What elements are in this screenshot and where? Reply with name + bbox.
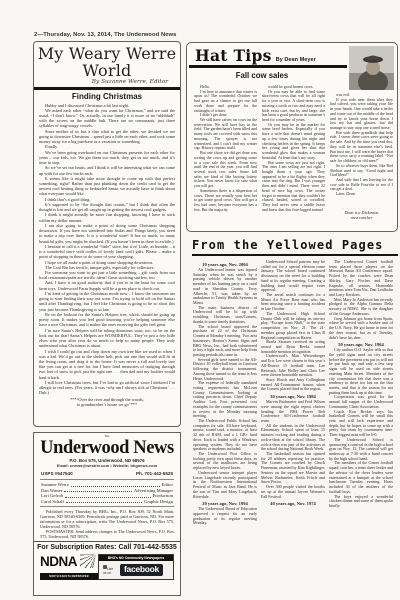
masthead-staff-list: Suzanne Werre Editor Dan Winter Advertis… <box>34 482 180 504</box>
yellowed-item: Underwood’s Matt Weisenberger and Eric L… <box>261 354 325 378</box>
column-divider-rule <box>34 87 180 90</box>
yellowed-item-text: The basketball season has opened for 20 … <box>261 452 325 485</box>
masthead-rule <box>40 506 174 507</box>
facebook-logo: facebook <box>120 564 163 576</box>
yellowed-item-text: The Underwood Post Office is looking pre… <box>193 452 257 471</box>
ndna-strip-text: NORTH DAKOTA NEWSPAPER ASSOCIATION <box>40 573 98 580</box>
yellowed-item-text: The Underwood Public School has computer… <box>193 419 257 452</box>
yellowed-item: The members of the Comet football squad,… <box>329 461 393 494</box>
dean-meyer-photo <box>349 46 394 90</box>
hat-tips-paragraph: Or you may be in the market for some bre… <box>262 123 325 161</box>
yellowed-item: All the students in the Underwood Elemen… <box>261 424 325 452</box>
masthead-usps: USPS #647540 <box>41 471 73 476</box>
staff-role: Graphic Design <box>144 499 173 505</box>
yellowed-item-text: City auditor O.O. Sayler tells us that t… <box>329 348 393 395</box>
weary-column-title: My Weary Werre World <box>34 45 180 79</box>
facebook-promo-body: Like us on facebook <box>99 561 173 576</box>
yellowed-item-text: Stacy Hosch and Amy Collingham earned Al… <box>261 378 325 392</box>
yellowed-item: The main business district of Underwood … <box>193 306 257 325</box>
yellowed-era-heading: 40 years ago, Nov. 1974 <box>261 501 325 506</box>
facebook-promo-bar: BHG’s ND Community Newspapers <box>99 555 173 561</box>
masthead-rule <box>40 479 174 480</box>
publisher-note: Published every Thursday by BHG, Inc., P… <box>34 509 180 529</box>
weary-paragraph: We asked each other “what do you want fo… <box>39 108 175 129</box>
yellowed-item-text: Several girls were named to the All-Dist… <box>193 358 257 382</box>
page-folio: 2—Thursday, Nov. 13, 2014, The Underwood… <box>34 32 176 38</box>
yellowed-item-text: All the students in the Underwood Elemen… <box>261 424 325 452</box>
yellowed-item: The basketball season has opened for 20 … <box>261 452 325 485</box>
yellowed-item: 20 years ago, Nov. 1994 The Underwood Bo… <box>193 501 257 526</box>
ndna-burst-icon <box>80 554 96 568</box>
masthead-usps-phone-row: USPS #647540 Ph. 701-442-5525 <box>34 468 180 477</box>
hat-tips-title: Hat Tips <box>195 47 272 64</box>
hat-tips-paragraph: So to whoever buys them, like Red Skelto… <box>330 164 393 178</box>
hat-tips-headline: Fall cow sales <box>187 71 337 80</box>
yellowed-item-text: Underwood School patrons may be called o… <box>261 260 325 293</box>
weary-paragraph: Be on the lookout for the Santa’s Helper… <box>39 312 175 328</box>
yellowed-item: Several girls were named to the All-Dist… <box>193 358 257 382</box>
weary-paragraph: I am also going to make a point of doing… <box>39 223 175 244</box>
yellowed-item-text: The Underwood Comet football team placed… <box>329 260 393 298</box>
yellowed-item: 30 years ago, Nov. 1984 Marvin Bachmeier… <box>261 394 325 424</box>
yellowed-item-text: Sharla Strasser received an acting award… <box>261 340 325 354</box>
staff-name: Carol Schall <box>41 499 64 505</box>
yellowed-item-text: The Underwood Board of Education approve… <box>193 507 257 526</box>
dotted-leader <box>64 491 132 492</box>
weary-closing-quote: ***“Over the river and through the woods… <box>34 397 180 408</box>
yellowed-item: Miss Mary Jo Anderson has recently pledg… <box>329 298 393 317</box>
yellowed-item: 40 years ago, Nov. 1974 <box>261 501 325 506</box>
yellowed-item: Coach Ron Becker says his basketball Com… <box>329 410 393 438</box>
like-us-label: Like us on <box>103 565 117 576</box>
dotted-leader <box>71 486 160 487</box>
yellowed-item: The Underwood School is sponsoring a car… <box>329 438 393 462</box>
yellowed-item: The aerial search continues for a Minot … <box>261 293 325 312</box>
hat-tips-paragraph: But with three grandkids that help ride,… <box>330 131 393 164</box>
weary-werre-column: My Weary Werre World By Suzanne Werre, E… <box>33 41 181 427</box>
yellowed-item: The Underwood High School Drama Club wil… <box>261 312 325 340</box>
yellowed-item: The school board approved the purchase o… <box>193 325 257 358</box>
yellowed-item-text: Greg Johnson got home from Spain, where … <box>329 317 393 341</box>
weary-paragraph: I still love Christmas trees, but I’ve h… <box>39 380 175 395</box>
weary-paragraph: I think it might actually be more fun sh… <box>39 212 175 222</box>
yellowed-item: The boys enjoyed a wonderful chicken din… <box>329 495 393 509</box>
yellowed-item-text: Coach Ron Becker says his basketball Com… <box>329 410 393 438</box>
hat-tips-byline: By Dean Meyer <box>276 57 316 63</box>
weary-paragraph: And, I have it on good authority that if… <box>39 280 175 290</box>
hat-tips-paragraph: I’m here to announce that winter is upon… <box>194 90 257 114</box>
yellowed-item: The Underwood Comet football team placed… <box>329 260 393 298</box>
hat-tips-paragraph: But one chore we did get done was sortin… <box>194 151 257 189</box>
yellowed-item: Underwood School patrons may be called o… <box>261 260 325 293</box>
weary-paragraph: I hesitate to call it a wonderful “littl… <box>39 244 175 260</box>
yellowed-item-text: Cooperation was good for the annual fall… <box>329 395 393 409</box>
yellowed-item: The Underwood Public School has computer… <box>193 419 257 452</box>
weary-headline: Finding Christmas <box>34 92 180 101</box>
yellowed-item: The expense of federally mandated voting… <box>193 381 257 419</box>
yellowed-item: Stacy Hosch and Amy Collingham earned Al… <box>261 378 325 392</box>
yellowed-item-text: Over 300 people visited the booths set u… <box>261 485 325 499</box>
yellowed-item-text: Marvin Bachmeier and Fred Wilson were am… <box>261 400 325 424</box>
hat-tips-paragraph: But some cows are just not right. The on… <box>262 161 325 213</box>
yellowed-column-2: Underwood School patrons may be called o… <box>261 260 325 596</box>
hat-tips-paragraph: If you rode near them after they had cal… <box>330 98 393 131</box>
weary-column-byline: By Suzanne Werre, Editor <box>34 79 180 86</box>
yellowed-item-text: Underwood senior trumpet player Lucas Li… <box>193 471 257 499</box>
hat-tips-column-1: Hello,I’m here to announce that winter i… <box>194 85 257 227</box>
postmaster-note: POSTMASTER: Send address changes to The … <box>34 529 180 539</box>
masthead-box: The Underwood News P.O. Box 575, Underwo… <box>33 432 181 596</box>
weary-paragraph: So we’ve set our limits, and I think it … <box>39 165 175 175</box>
weary-paragraph: I wish I could go out and chop down my o… <box>39 349 175 380</box>
yellowed-item: 10 years ago, Nov. 2004 An Underwood hun… <box>193 262 257 306</box>
yellowed-item-text: An Underwood hunter was injured Saturday… <box>193 268 257 306</box>
weary-paragraph: I’m sure Santa’s Helpers will be taking … <box>39 328 175 349</box>
hat-tips-column-3: was evil.If you rode near them after the… <box>330 93 393 205</box>
yellowed-item-text: The school board approved the purchase o… <box>193 325 257 358</box>
weary-paragraph: For someone you want to get just a littl… <box>39 270 175 280</box>
weary-body-text: Hubby and I discussed Christmas a bit la… <box>34 103 180 395</box>
hat-tips-column: Hat Tips By Dean Meyer Fall cow sales He… <box>186 42 398 232</box>
yellowed-item: Cooperation was good for the annual fall… <box>329 395 393 409</box>
hat-tips-paragraph: Or you may be able to find some short-te… <box>262 90 325 123</box>
yellowed-column-3: The Underwood Comet football team placed… <box>329 260 393 596</box>
weary-paragraph: Since neither of us has a clue what to g… <box>39 129 175 145</box>
staff-row: Carol Schall Graphic Design <box>41 499 173 505</box>
yellowed-item: Greg Johnson got home from Spain, where … <box>329 317 393 341</box>
yellowed-item: Underwood senior trumpet player Lucas Li… <box>193 471 257 499</box>
hat-tips-paragraph: Sometimes there is a dispersion of cows.… <box>194 189 257 213</box>
dotted-leader <box>65 497 151 498</box>
hat-tips-paragraph: We still have calves on cows on the rese… <box>194 118 257 151</box>
subscription-rates-line: For Subscription Rates: Call 701-442-553… <box>34 542 180 553</box>
author-bio-line: Dean is a Dickinson area rancher <box>330 210 393 221</box>
dotted-leader <box>66 502 142 503</box>
yellowed-item-text: The aerial search continues for a Minot … <box>261 293 325 312</box>
hat-tips-rule <box>189 65 347 68</box>
ndna-acronym: NDNA <box>40 554 77 569</box>
yellowed-item: Sharla Strasser received an acting award… <box>261 340 325 354</box>
hat-tips-column-2: would be good honest cows.Or you may be … <box>262 85 325 227</box>
yellowed-item: 50 years ago, Nov. 1964 City auditor O.O… <box>329 342 393 395</box>
yellowed-item: The Underwood Post Office is looking pre… <box>193 452 257 471</box>
yellowed-item: Over 300 people visited the booths set u… <box>261 485 325 499</box>
weary-paragraph: We’ve been going overboard on our Christ… <box>39 150 175 166</box>
yellowed-item-text: The Underwood School is sponsoring a car… <box>329 438 393 462</box>
masthead-name: Underwood News <box>34 439 180 458</box>
yellowed-item-text: Miss Mary Jo Anderson has recently pledg… <box>329 298 393 317</box>
weary-paragraph: It’s supposed to be “the thought that co… <box>39 202 175 212</box>
yellowed-item-text: Underwood’s Matt Weisenberger and Eric L… <box>261 354 325 378</box>
yellowed-item-text: The members of the Comet football squad,… <box>329 461 393 494</box>
weary-paragraph: It seems like it might take more thought… <box>39 176 175 197</box>
masthead-phone: Ph. 701-442-5525 <box>136 471 173 476</box>
weary-paragraph: I’m kind of getting in the Christmas mod… <box>39 291 175 312</box>
masthead-logos-row: NDNA NORTH DAKOTA NEWSPAPER ASSOCIATION … <box>34 553 180 580</box>
yellowed-item-text: The Underwood High School Drama Club wil… <box>261 312 325 340</box>
hat-tips-footer: . . . . . . . . . . Dean is a Dickinson … <box>330 206 393 221</box>
hat-tips-header: Hat Tips By Dean Meyer <box>195 47 316 64</box>
yellowed-item-text: The main business district of Underwood … <box>193 306 257 325</box>
yellowed-pages-title: From the Yellowed Pages <box>192 238 398 256</box>
yellowed-column-1: 10 years ago, Nov. 2004 An Underwood hun… <box>193 260 257 596</box>
facebook-promo-box: BHG’s ND Community Newspapers Like us on… <box>98 554 174 580</box>
ndna-logo: NDNA NORTH DAKOTA NEWSPAPER ASSOCIATION <box>40 554 98 580</box>
yellowed-item-text: The expense of federally mandated voting… <box>193 381 257 419</box>
hat-tips-paragraph: And with that I am leaving for the cow s… <box>330 178 393 192</box>
hat-tips-paragraph: Later, Dean <box>330 192 393 197</box>
yellowed-item-text: The boys enjoyed a wonderful chicken din… <box>329 495 393 509</box>
